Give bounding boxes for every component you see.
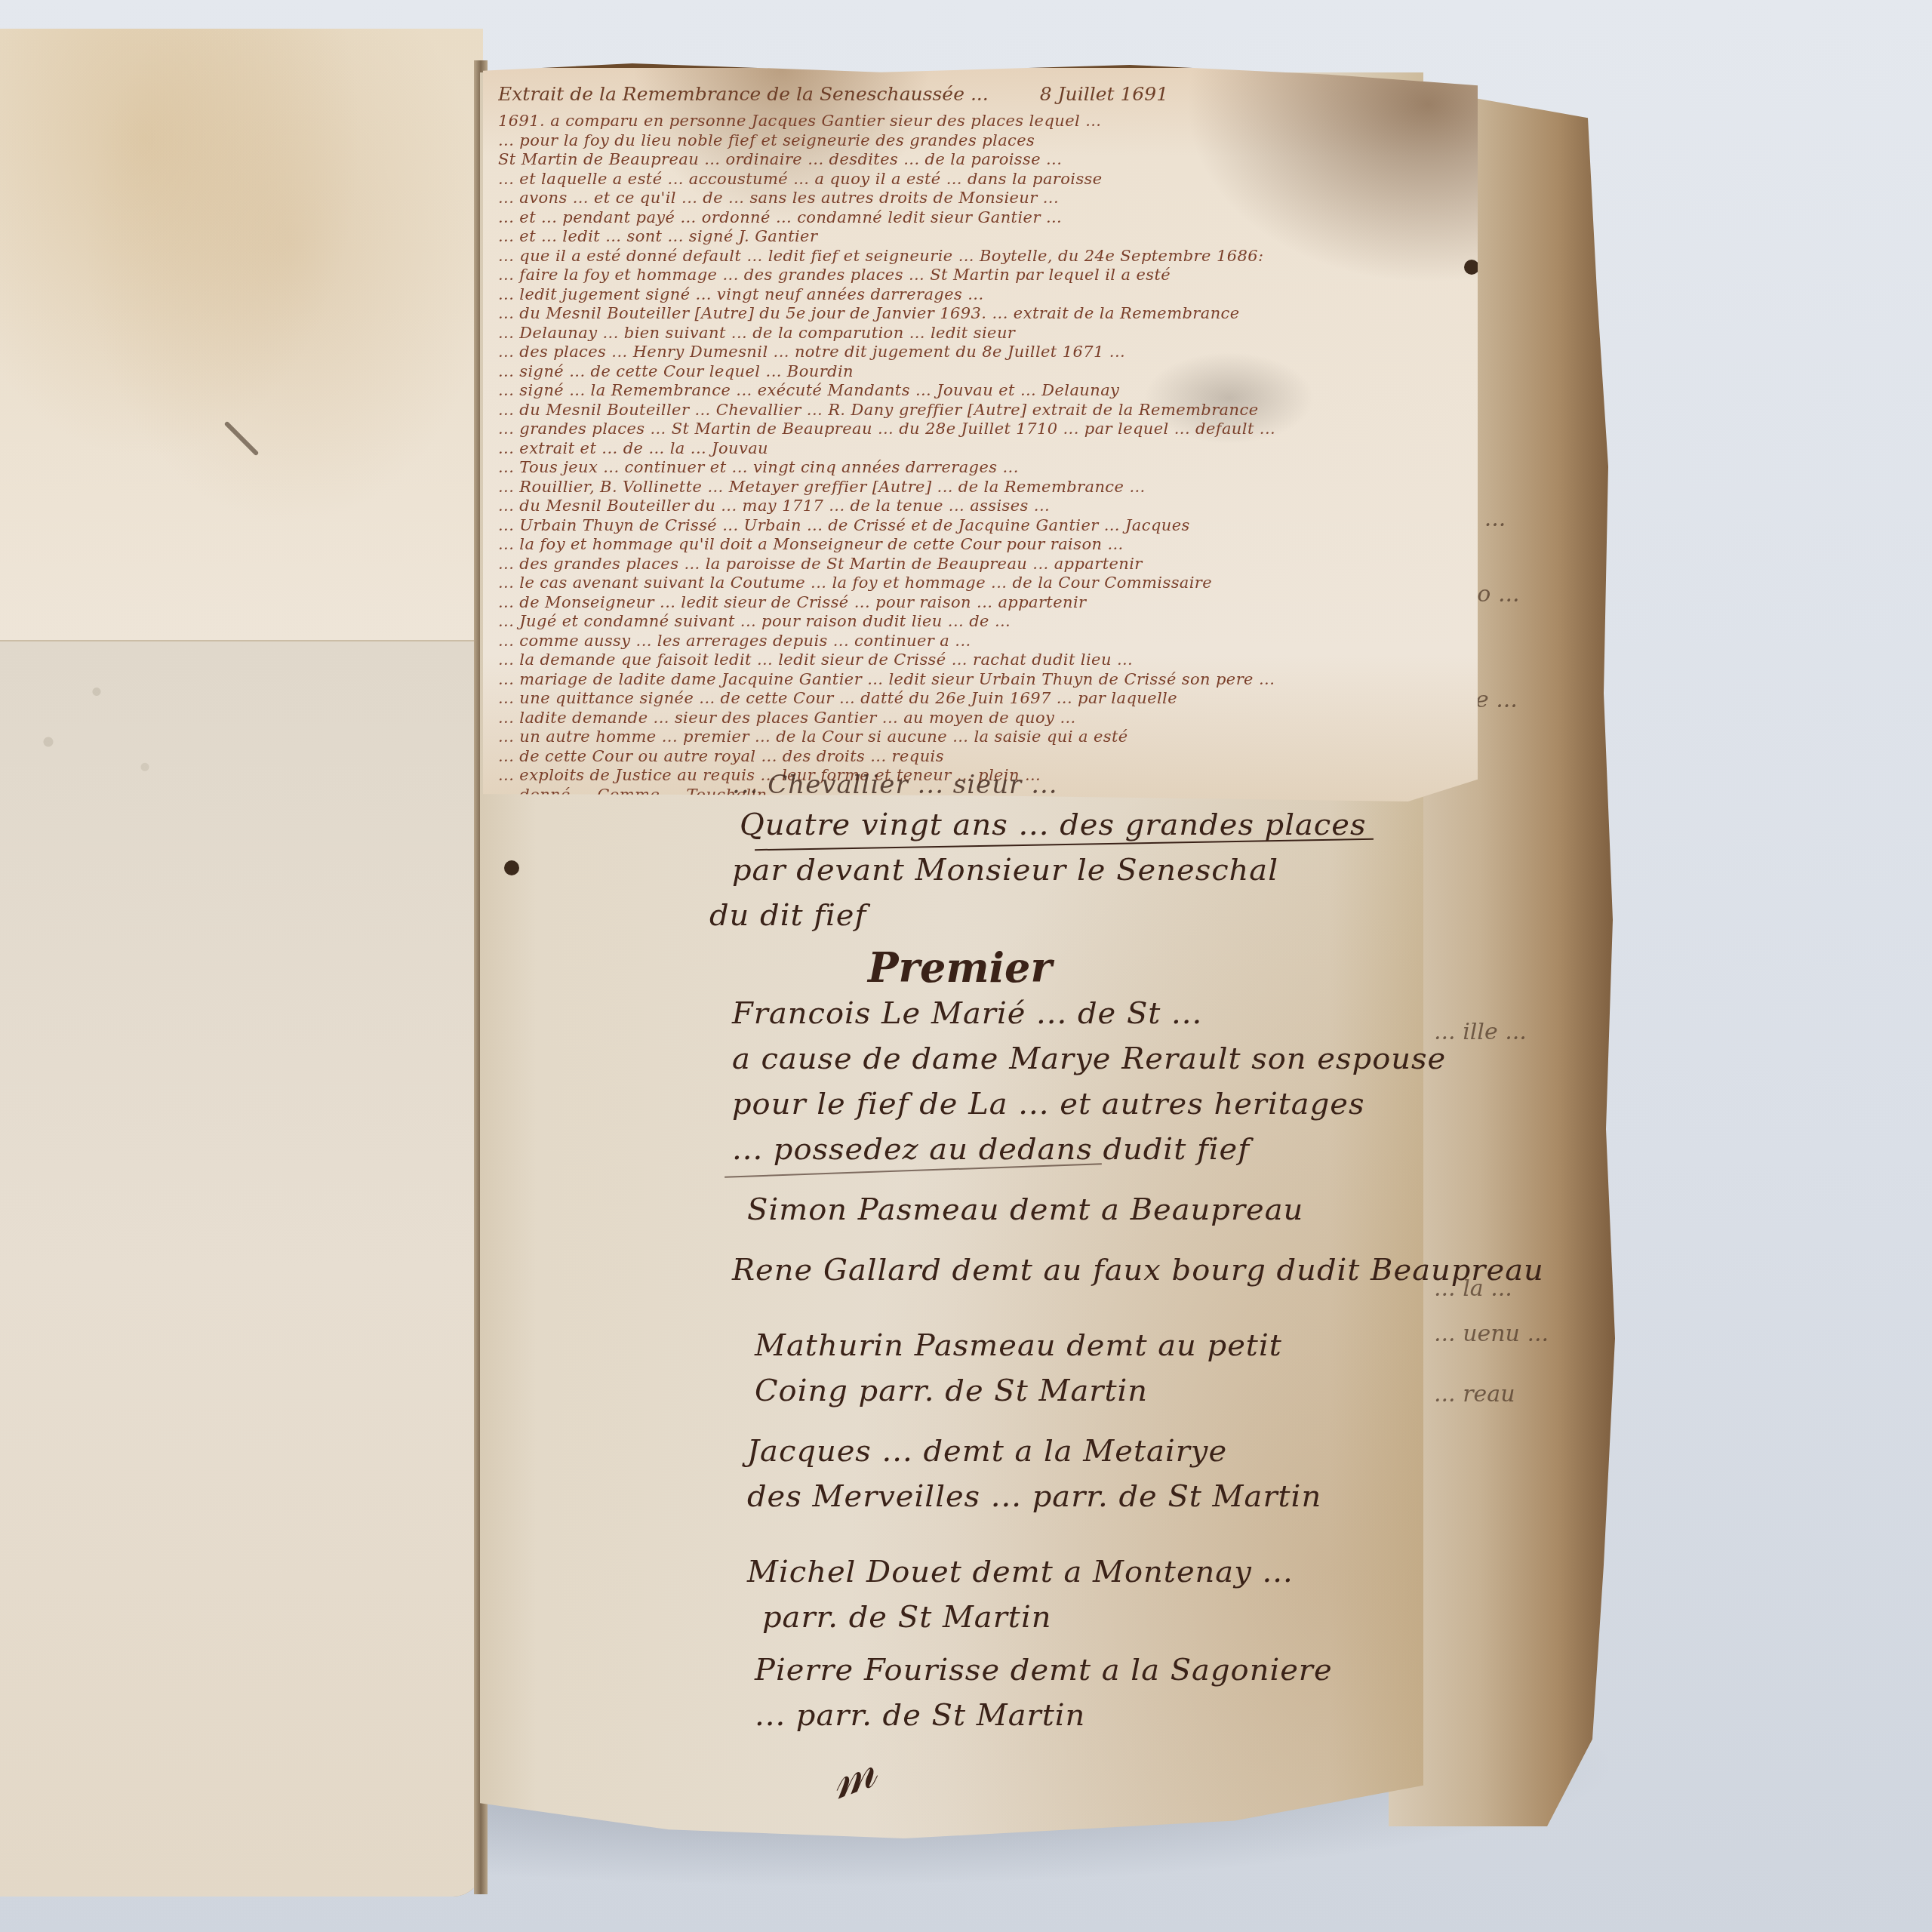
extract-line: ... la demande que faisoit ledit ... led… bbox=[498, 651, 1447, 670]
pasted-legal-extract: Extrait de la Remembrance de la Senescha… bbox=[483, 63, 1478, 801]
left-page bbox=[0, 29, 483, 1897]
extract-line: ... Jugé et condamné suivant ... pour ra… bbox=[498, 612, 1447, 632]
extract-line: ... avons ... et ce qu'il ... de ... san… bbox=[498, 189, 1447, 208]
extract-line: ... de cette Cour ou autre royal ... des… bbox=[498, 747, 1447, 767]
register-entry: Simon Pasmeau demt a Beaupreau bbox=[747, 1192, 1303, 1227]
ink-dot bbox=[504, 860, 519, 875]
register-entry: Michel Douet demt a Montenay ... bbox=[747, 1555, 1294, 1589]
register-entry: Jacques ... demt a la Metairye bbox=[747, 1434, 1227, 1469]
extract-line: 1691. a comparu en personne Jacques Gant… bbox=[498, 112, 1447, 131]
extract-date: 8 Juillet 1691 bbox=[1040, 83, 1168, 105]
register-line: du dit fief bbox=[709, 898, 866, 933]
extract-line: ... et ... ledit ... sont ... signé J. G… bbox=[498, 227, 1447, 247]
register-entry: Pierre Fourisse demt a la Sagoniere bbox=[755, 1653, 1333, 1687]
register-entry: pour le fief de La ... et autres heritag… bbox=[732, 1087, 1364, 1121]
extract-line: ... des places ... Henry Dumesnil ... no… bbox=[498, 343, 1447, 362]
edge-fragment: ... uenu ... bbox=[1434, 1321, 1549, 1347]
register-heading: Premier bbox=[868, 943, 1052, 992]
extract-header: Extrait de la Remembrance de la Senescha… bbox=[498, 83, 1463, 105]
extract-line: ... ladite demande ... sieur des places … bbox=[498, 709, 1447, 728]
extract-line: ... du Mesnil Bouteiller ... Chevallier … bbox=[498, 401, 1447, 420]
extract-line: ... pour la foy du lieu noble fief et se… bbox=[498, 131, 1447, 151]
extract-line: St Martin de Beaupreau ... ordinaire ...… bbox=[498, 150, 1447, 170]
extract-line: ... mariage de ladite dame Jacquine Gant… bbox=[498, 670, 1447, 690]
extract-line: ... ledit jugement signé ... vingt neuf … bbox=[498, 285, 1447, 305]
edge-fragment: ... ille ... bbox=[1434, 1019, 1527, 1045]
extract-line: ... extrait et ... de ... la ... Jouvau bbox=[498, 439, 1447, 459]
extract-line: ... le cas avenant suivant la Coutume ..… bbox=[498, 574, 1447, 593]
left-page-upper-leaf bbox=[0, 29, 483, 641]
extract-line: ... signé ... de cette Cour lequel ... B… bbox=[498, 362, 1447, 382]
extract-line: ... Rouillier, B. Vollinette ... Metayer… bbox=[498, 478, 1447, 497]
extract-line: ... signé ... la Remembrance ... exécuté… bbox=[498, 381, 1447, 401]
extract-line: ... comme aussy ... les arrerages depuis… bbox=[498, 632, 1447, 651]
register-entry: a cause de dame Marye Rerault son espous… bbox=[732, 1041, 1446, 1076]
extract-line: ... et laquelle a esté ... accoustumé ..… bbox=[498, 170, 1447, 189]
paper-hole bbox=[1464, 260, 1479, 275]
register-entry: Mathurin Pasmeau demt au petit bbox=[755, 1328, 1282, 1363]
register-line: par devant Monsieur le Seneschal bbox=[732, 853, 1278, 888]
extract-line: ... un autre homme ... premier ... de la… bbox=[498, 728, 1447, 747]
extract-line: ... une quittance signée ... de cette Co… bbox=[498, 689, 1447, 709]
extract-line: ... des grandes places ... la paroisse d… bbox=[498, 555, 1447, 574]
extract-line: ... que il a esté donné default ... ledi… bbox=[498, 247, 1447, 266]
register-entry: Coing parr. de St Martin bbox=[755, 1374, 1148, 1408]
extract-line: ... grandes places ... St Martin de Beau… bbox=[498, 420, 1447, 439]
left-page-lower-leaf bbox=[0, 641, 483, 1897]
ink-mark bbox=[224, 421, 260, 457]
extract-line: ... et ... pendant payé ... ordonné ... … bbox=[498, 208, 1447, 228]
register-entry: Rene Gallard demt au faux bourg dudit Be… bbox=[732, 1253, 1544, 1287]
extract-header-text: Extrait de la Remembrance de la Senescha… bbox=[498, 83, 989, 105]
extract-line: ... Delaunay ... bien suivant ... de la … bbox=[498, 324, 1447, 343]
extract-line: ... faire la foy et hommage ... des gran… bbox=[498, 266, 1447, 285]
register-entry: ... parr. de St Martin bbox=[755, 1698, 1085, 1733]
register-entry: ... possedez au dedans dudit fief bbox=[732, 1132, 1250, 1167]
edge-fragment: ... reau bbox=[1434, 1381, 1515, 1407]
register-entry: parr. de St Martin bbox=[762, 1600, 1051, 1635]
extract-line: ... Tous jeux ... continuer et ... vingt… bbox=[498, 458, 1447, 478]
extract-line: ... la foy et hommage qu'il doit a Monse… bbox=[498, 535, 1447, 555]
extract-line: ... du Mesnil Bouteiller du ... may 1717… bbox=[498, 497, 1447, 516]
register-entry: des Merveilles ... parr. de St Martin bbox=[747, 1479, 1321, 1514]
extract-body: 1691. a comparu en personne Jacques Gant… bbox=[498, 112, 1447, 804]
register-line: ... Chevallier ... sieur ... bbox=[732, 770, 1058, 800]
extract-line: ... Urbain Thuyn de Crissé ... Urbain ..… bbox=[498, 516, 1447, 536]
extract-line: ... de Monseigneur ... ledit sieur de Cr… bbox=[498, 593, 1447, 613]
register-entry: Francois Le Marié ... de St ... bbox=[732, 996, 1202, 1031]
extract-line: ... du Mesnil Bouteiller [Autre] du 5e j… bbox=[498, 304, 1447, 324]
register-line: Quatre vingt ans ... des grandes places bbox=[740, 808, 1366, 842]
